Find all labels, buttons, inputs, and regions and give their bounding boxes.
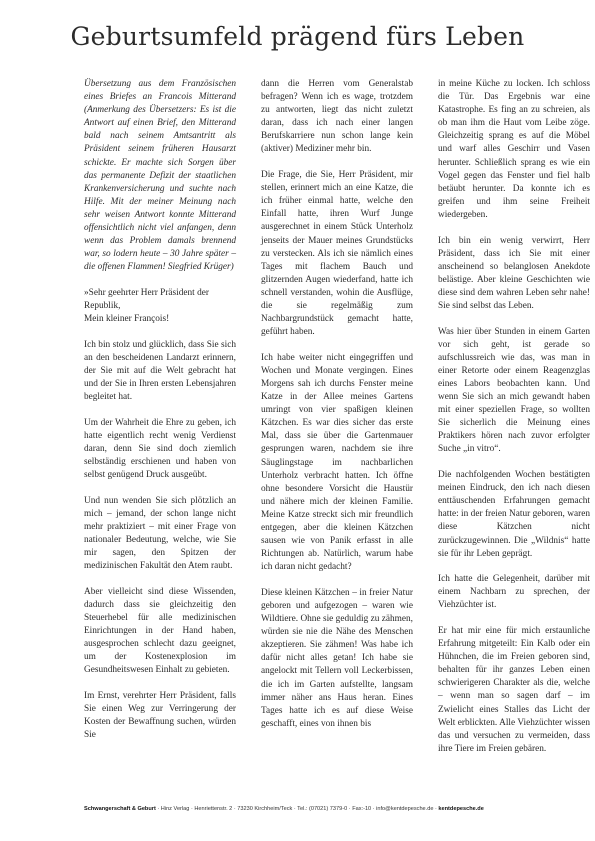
paragraph: Und nun wenden Sie sich plötzlich an mic… bbox=[84, 495, 236, 574]
paragraph: Ich bin stolz und glücklich, dass Sie si… bbox=[84, 339, 236, 404]
paragraph: Die nachfolgenden Wochen bestätigten mei… bbox=[438, 469, 590, 561]
publication-name: Schwangerschaft & Geburt bbox=[84, 806, 156, 812]
column-2: dann die Herren vom Generalstab befragen… bbox=[261, 78, 413, 768]
column-1: Übersetzung aus dem Französischen eines … bbox=[84, 78, 236, 768]
article-body: Übersetzung aus dem Französischen eines … bbox=[84, 78, 590, 768]
paragraph: Was hier über Stunden in einem Garten vo… bbox=[438, 326, 590, 457]
salutation-line-2: Mein kleiner François! bbox=[84, 314, 169, 324]
website-link[interactable]: kentdepesche.de bbox=[438, 806, 483, 812]
paragraph: Im Ernst, verehrter Herr Präsident, fall… bbox=[84, 690, 236, 742]
paragraph: Ich hatte die Gelegenheit, darüber mit e… bbox=[438, 573, 590, 612]
translator-note: Übersetzung aus dem Französischen eines … bbox=[84, 78, 236, 274]
letter-salutation: »Sehr geehrter Herr Präsident der Republ… bbox=[84, 287, 236, 326]
paragraph: Er hat mir eine für mich erstaunliche Er… bbox=[438, 625, 590, 756]
page-title: Geburtsumfeld prägend fürs Leben bbox=[0, 22, 595, 51]
paragraph: Ich bin ein wenig verwirrt, Herr Präside… bbox=[438, 235, 590, 314]
paragraph: Die Frage, die Sie, Herr Präsident, mir … bbox=[261, 169, 413, 339]
paragraph: Diese kleinen Kätzchen – in freier Natur… bbox=[261, 587, 413, 731]
paragraph: Um der Wahrheit die Ehre zu geben, ich h… bbox=[84, 417, 236, 482]
paragraph: Aber vielleicht sind diese Wissenden, da… bbox=[84, 586, 236, 678]
column-3: in meine Küche zu locken. Ich schloss di… bbox=[438, 78, 590, 768]
salutation-line-1: »Sehr geehrter Herr Präsident der Republ… bbox=[84, 288, 209, 311]
publisher-details: · Hinz Verlag · Henriettenstr. 2 · 73230… bbox=[156, 806, 439, 812]
paragraph: Ich habe weiter nicht eingegriffen und W… bbox=[261, 352, 413, 575]
paragraph: dann die Herren vom Generalstab befragen… bbox=[261, 78, 413, 157]
paragraph: in meine Küche zu locken. Ich schloss di… bbox=[438, 78, 590, 222]
page-footer: Schwangerschaft & Geburt · Hinz Verlag ·… bbox=[84, 806, 590, 812]
